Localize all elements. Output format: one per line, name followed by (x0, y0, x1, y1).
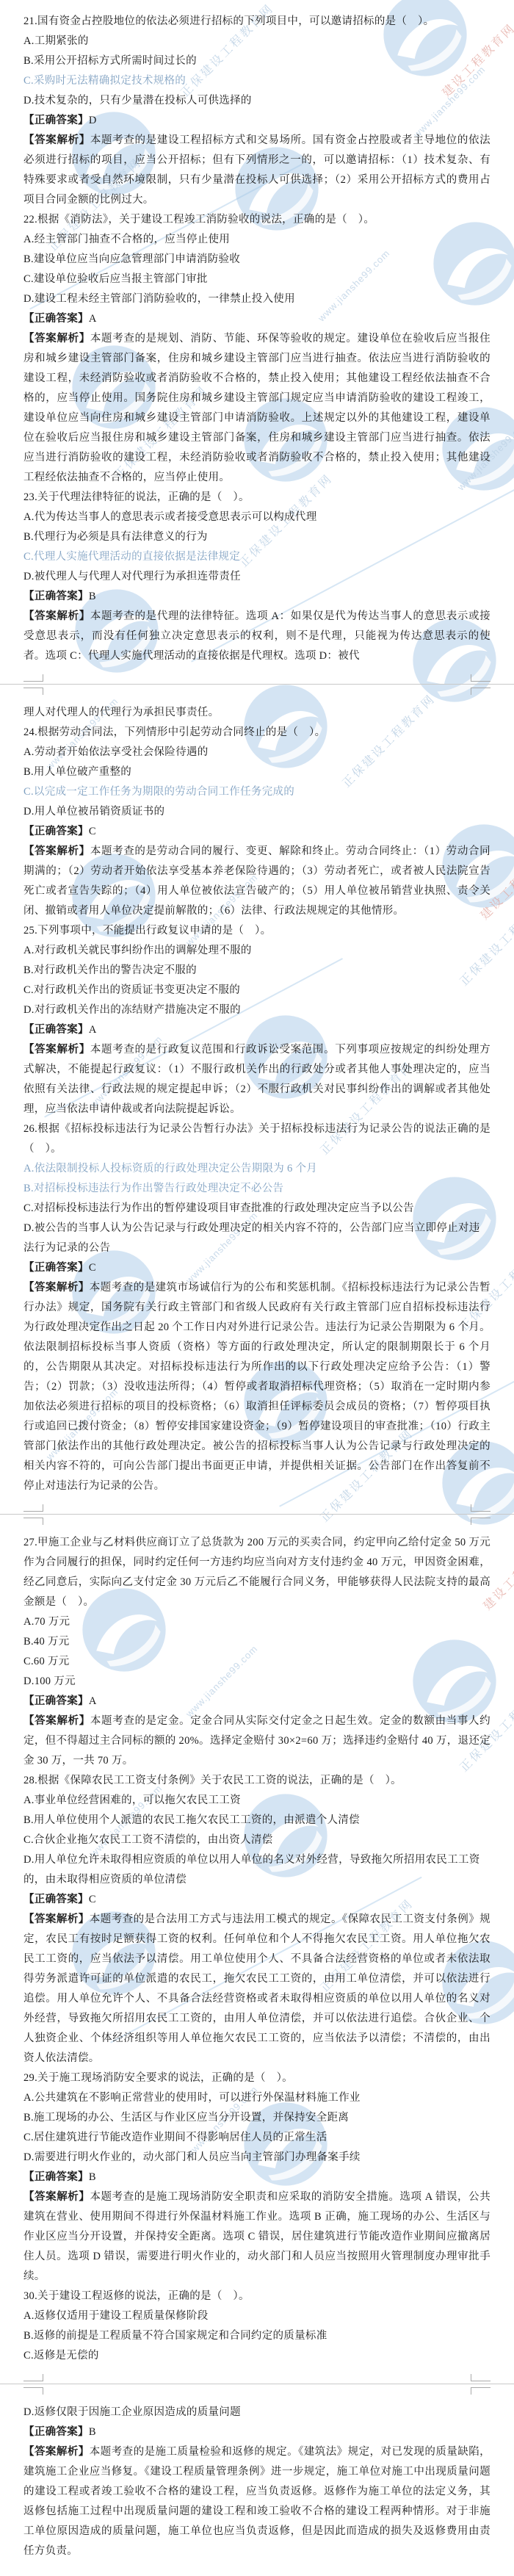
analysis-label: 【答案解析】 (23, 1913, 90, 1925)
block-text: 本题考查的是代理的法律特征。选项 A：如果仅是代为传达当事人的意思表示或接受意思… (23, 610, 491, 662)
question-stem: 30.关于建设工程返修的说法，正确的是（ ）。 (23, 2287, 491, 2306)
answer-option: A.经主管部门抽查不合格的，应当停止使用 (23, 230, 491, 250)
answer-analysis: 【答案解析】本题考查的是行政复议范围和行政诉讼受案范围。下列事项应按规定的纠纷处… (23, 1040, 491, 1119)
answer-option: B.建设单位应当向应急管理部门申请消防验收 (23, 250, 491, 270)
correct-answer-line: 【正确答案】A (23, 1020, 491, 1040)
analysis-label: 【答案解析】 (23, 1044, 90, 1056)
answer-option: C.采购时无法精确拟定技术规格的 (23, 71, 491, 91)
block-text: 本题考查的是劳动合同的履行、变更、解除和终止。劳动合同终止：（1）劳动合同期满的… (23, 845, 491, 917)
document-content: 21.国有资金占控股地位的依法必须进行招标的下列项目中，可以邀请招标的是（ ）。… (0, 0, 514, 2576)
page-corner-mark (23, 688, 43, 695)
answer-label: 【正确答案】 (23, 115, 89, 126)
answer-option: D.建设工程未经主管部门消防验收的，一律禁止投入使用 (23, 289, 491, 309)
question-stem: 26.根据《招标投标违法行为记录公告暂行办法》关于招标投标违法行为记录公告的说法… (23, 1119, 491, 1159)
answer-option: A.代为传达当事人的意思表示或者接受意思表示可以构成代理 (23, 508, 491, 527)
block-text: 本题考查的是合法用工方式与违法用工模式的规定。《保障农民工工资支付条例》规定，农… (23, 1913, 491, 2064)
block-text: A (89, 1695, 97, 1707)
answer-option: A.依法限制投标人投标资质的行政处理决定公告期限为 6 个月 (23, 1159, 491, 1179)
answer-label: 【正确答案】 (23, 1894, 89, 1905)
answer-analysis: 【答案解析】本题考查的是建设工程招标方式和交易场所。国有资金占控股或者主导地位的… (23, 131, 491, 210)
question-stem: 23.关于代理法律特征的说法，正确的是（ ）。 (23, 488, 491, 508)
analysis-label: 【答案解析】 (23, 1282, 90, 1294)
answer-option: B.用人单位使用个人派遣的农民工拖欠农民工工资的，由派遣个人清偿 (23, 1811, 491, 1830)
answer-analysis: 【答案解析】本题考查的是施工现场消防安全职责和应采取的消防安全措施。选项 A 错… (23, 2187, 491, 2287)
question-stem: 28.根据《保障农民工工资支付条例》关于农民工工资的说法，正确的是（ ）。 (23, 1771, 491, 1791)
correct-answer-line: 【正确答案】A (23, 1692, 491, 1711)
block-text: 本题考查的是建设工程招标方式和交易场所。国有资金占控股或者主导地位的依法必须进行… (23, 134, 491, 206)
answer-option: C.合伙企业拖欠农民工工资不清偿的，由出资人清偿 (23, 1830, 491, 1850)
answer-analysis: 【答案解析】本题考查的是规划、消防、节能、环保等验收的规定。建设单位在验收后应当… (23, 329, 491, 488)
question-stem: 29.关于施工现场消防安全要求的说法，正确的是（ ）。 (23, 2068, 491, 2088)
block-text: A (89, 1024, 97, 1036)
page-corner-mark (471, 688, 491, 695)
answer-option: C.代理人实施代理活动的直接依据是法律规定 (23, 547, 491, 567)
page-corner-mark (471, 2374, 491, 2381)
answer-option: D.用人单位允许未取得相应资质的单位以用人单位的名义对外经营，导致拖欠所招用农民… (23, 1850, 491, 1890)
analysis-label: 【答案解析】 (23, 2446, 90, 2458)
answer-option: A.70 万元 (23, 1612, 491, 1632)
answer-label: 【正确答案】 (23, 591, 89, 602)
answer-option: D.返修仅限于因施工企业原因造成的质量问题 (23, 2403, 491, 2422)
answer-option: A.对行政机关就民事纠纷作出的调解处理不服的 (23, 941, 491, 961)
correct-answer-line: 【正确答案】B (23, 2168, 491, 2187)
answer-option: B.代理行为必须是具有法律意义的行为 (23, 527, 491, 547)
correct-answer-line: 【正确答案】D (23, 111, 491, 131)
answer-option: D.对行政机关作出的冻结财产措施决定不服的 (23, 1000, 491, 1020)
correct-answer-line: 【正确答案】C (23, 1258, 491, 1278)
page-break (0, 2367, 514, 2401)
page-corner-mark (23, 1504, 43, 1512)
page-break-line (0, 2384, 514, 2384)
answer-option: D.被代理人与代理人对代理行为承担连带责任 (23, 567, 491, 587)
answer-option: C.建设单位验收后应当报主管部门审批 (23, 270, 491, 289)
answer-option: B.返修的前提是工程质量不符合国家规定和合同约定的质量标准 (23, 2326, 491, 2346)
answer-option: B.用人单位破产重整的 (23, 762, 491, 782)
correct-answer-line: 【正确答案】C (23, 822, 491, 842)
page-break-line (0, 684, 514, 685)
page-corner-mark (471, 1518, 491, 1525)
page-break-line (0, 1514, 514, 1515)
block-text: 本题考查的是施工质量检验和返修的规定。《建筑法》规定，对已发现的质量缺陷，建筑施… (23, 2446, 491, 2557)
answer-option: D.技术复杂的，只有少量潜在投标人可供选择的 (23, 91, 491, 111)
page-break (0, 1498, 514, 1531)
answer-analysis: 【答案解析】本题考查的是建筑市场诚信行为的公布和奖惩机制。《招标投标违法行为记录… (23, 1278, 491, 1496)
answer-label: 【正确答案】 (23, 2426, 89, 2438)
question-stem: 21.国有资金占控股地位的依法必须进行招标的下列项目中，可以邀请招标的是（ ）。 (23, 12, 491, 32)
page-corner-mark (23, 2374, 43, 2381)
analysis-continued: 理人对代理人的代理行为承担民事责任。 (23, 703, 491, 723)
answer-option: C.对招标投标违法行为作出的暂停建设项目审查批准的行政处理决定应当予以公告 (23, 1199, 491, 1219)
answer-label: 【正确答案】 (23, 2171, 89, 2183)
answer-option: C.以完成一定工作任务为期限的劳动合同工作任务完成的 (23, 782, 491, 802)
answer-analysis: 【答案解析】本题考查的是定金。定金合同从实际交付定金之日起生效。定金的数额由当事… (23, 1711, 491, 1771)
block-text: B (89, 591, 96, 602)
answer-label: 【正确答案】 (23, 1262, 89, 1274)
answer-label: 【正确答案】 (23, 1695, 89, 1707)
answer-option: C.60 万元 (23, 1652, 491, 1672)
answer-option: A.公共建筑在不影响正常营业的使用时，可以进行外保温材料施工作业 (23, 2088, 491, 2108)
answer-option: A.劳动者开始依法享受社会保险待遇的 (23, 743, 491, 762)
answer-option: D.被公告的当事人认为公告记录与行政处理决定的相关内容不符的，公告部门应当立即停… (23, 1219, 491, 1258)
page-corner-mark (471, 674, 491, 682)
page-corner-mark (23, 674, 43, 682)
correct-answer-line: 【正确答案】A (23, 309, 491, 329)
answer-option: B.40 万元 (23, 1632, 491, 1652)
block-text: B (89, 2426, 96, 2438)
analysis-label: 【答案解析】 (23, 1715, 90, 1727)
block-text: 本题考查的是行政复议范围和行政诉讼受案范围。下列事项应按规定的纠纷处理方式解决，… (23, 1044, 491, 1115)
correct-answer-line: 【正确答案】B (23, 587, 491, 607)
answer-option: C.返修是无偿的 (23, 2346, 491, 2366)
page-corner-mark (23, 2387, 43, 2395)
answer-analysis: 【答案解析】本题考查的是劳动合同的履行、变更、解除和终止。劳动合同终止：（1）劳… (23, 842, 491, 921)
block-text: 本题考查的是定金。定金合同从实际交付定金之日起生效。定金的数额由当事人约定，但不… (23, 1715, 491, 1767)
question-stem: 22.根据《消防法》，关于建设工程竣工消防验收的说法，正确的是（ ）。 (23, 210, 491, 230)
answer-analysis: 【答案解析】本题考查的是代理的法律特征。选项 A：如果仅是代为传达当事人的意思表… (23, 607, 491, 666)
correct-answer-line: 【正确答案】C (23, 1890, 491, 1910)
answer-option: C.居住建筑进行节能改造作业期间不得影响居住人员的正常生活 (23, 2128, 491, 2148)
block-text: D (89, 115, 97, 126)
page-corner-mark (23, 1518, 43, 1525)
block-text: C (89, 1262, 96, 1274)
answer-option: A.返修仅适用于建设工程质量保修阶段 (23, 2306, 491, 2326)
block-text: 本题考查的是建筑市场诚信行为的公布和奖惩机制。《招标投标违法行为记录公告暂行办法… (23, 1282, 491, 1492)
block-text: A (89, 313, 97, 325)
block-text: C (89, 1894, 96, 1905)
answer-option: C.对行政机关作出的资质证书变更决定不服的 (23, 981, 491, 1000)
question-stem: 27.甲施工企业与乙材料供应商订立了总货款为 200 万元的买卖合同，约定甲向乙… (23, 1533, 491, 1612)
exam-document: { "labels": { "answer": "【正确答案】", "analy… (0, 0, 514, 2576)
answer-label: 【正确答案】 (23, 313, 89, 325)
question-stem: 24.根据劳动合同法，下列情形中引起劳动合同终止的是（ ）。 (23, 723, 491, 743)
answer-option: D.用人单位被吊销资质证书的 (23, 802, 491, 822)
answer-option: B.对行政机关作出的警告决定不服的 (23, 961, 491, 981)
question-stem: 25.下列事项中，不能提出行政复议申请的是（ ）。 (23, 921, 491, 941)
analysis-label: 【答案解析】 (23, 134, 90, 146)
answer-label: 【正确答案】 (23, 826, 89, 837)
answer-option: B.采用公开招标方式所需时间过长的 (23, 51, 491, 71)
answer-label: 【正确答案】 (23, 1024, 89, 1036)
page-corner-mark (471, 1504, 491, 1512)
analysis-label: 【答案解析】 (23, 610, 90, 622)
answer-option: B.对招标投标违法行为作出警告行政处理决定不必公告 (23, 1179, 491, 1199)
analysis-label: 【答案解析】 (23, 2191, 90, 2203)
block-text: C (89, 826, 96, 837)
answer-analysis: 【答案解析】本题考查的是合法用工方式与违法用工模式的规定。《保障农民工工资支付条… (23, 1910, 491, 2068)
answer-option: D.100 万元 (23, 1672, 491, 1692)
page-break (0, 668, 514, 701)
page-corner-mark (471, 2387, 491, 2395)
block-text: 本题考查的是规划、消防、节能、环保等验收的规定。建设单位在验收后应当报住房和城乡… (23, 333, 491, 483)
block-text: B (89, 2171, 96, 2183)
answer-option: A.事业单位经营困难的，可以拖欠农民工工资 (23, 1791, 491, 1811)
analysis-label: 【答案解析】 (23, 845, 90, 857)
answer-option: A.工期紧张的 (23, 32, 491, 51)
correct-answer-line: 【正确答案】B (23, 2422, 491, 2442)
answer-option: D.需要进行明火作业的，动火部门和人员应当向主管部门办理备案手续 (23, 2148, 491, 2168)
answer-option: B.施工现场的办公、生活区与作业区应当分开设置，并保持安全距离 (23, 2108, 491, 2128)
block-text: 本题考查的是施工现场消防安全职责和应采取的消防安全措施。选项 A 错误，公共建筑… (23, 2191, 491, 2282)
answer-analysis: 【答案解析】本题考查的是施工质量检验和返修的规定。《建筑法》规定，对已发现的质量… (23, 2442, 491, 2561)
analysis-label: 【答案解析】 (23, 333, 90, 344)
